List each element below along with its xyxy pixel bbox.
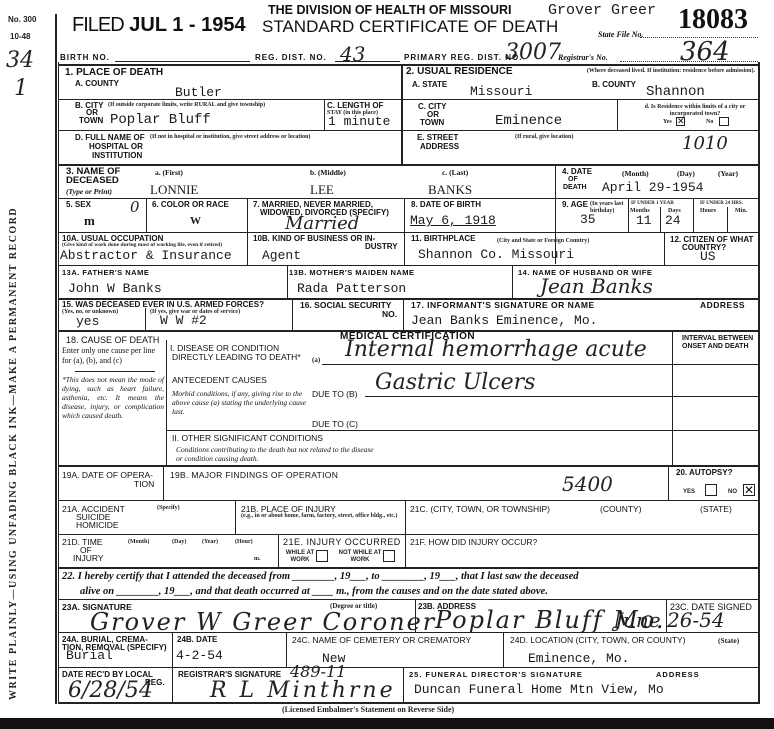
- street-label-2: ADDRESS: [420, 142, 459, 152]
- form-right-border: [758, 62, 760, 704]
- place-of-death-title: 1. PLACE OF DEATH: [65, 68, 163, 78]
- autopsy-no-checkbox[interactable]: ✕: [743, 484, 755, 496]
- interval-label-2: ONSET AND DEATH: [682, 342, 749, 352]
- cause-instructions: Enter only one cause per line for (a), (…: [62, 346, 164, 366]
- under1-label: IF UNDER 1 YEAR: [631, 200, 674, 207]
- dod-day-label: (Day): [677, 169, 695, 178]
- primary-reg-value: 3007: [505, 40, 561, 65]
- side-instruction: WRITE PLAINLY—USING UNFADING BLACK INK—M…: [8, 207, 19, 700]
- street-note: (If rural, give location): [515, 134, 573, 141]
- spouse-value: Jean Banks: [540, 274, 653, 298]
- street-value: 1010: [682, 133, 728, 154]
- embalmer-note: (Licensed Embalmer's Statement on Revers…: [282, 706, 454, 713]
- margin-annotation-2: 1: [14, 76, 28, 101]
- time-hour-label: (Hour): [235, 539, 253, 546]
- form-left-border: [55, 14, 57, 704]
- cause-b-value: Gastric Ulcers: [375, 370, 535, 395]
- injury-state-label: (STATE): [700, 504, 732, 514]
- race-value: W: [190, 214, 201, 228]
- while-work-label: WHILE AT WORK: [284, 550, 316, 564]
- months-value: 11: [636, 214, 652, 228]
- certificate-title: STANDARD CERTIFICATE OF DEATH: [262, 17, 558, 37]
- res-county-label: b. COUNTY: [592, 80, 636, 90]
- birthplace-value: Shannon Co. Missouri: [418, 248, 574, 262]
- min-label: Min.: [735, 208, 747, 215]
- informant-address-value: Eminence, Mo.: [496, 314, 597, 328]
- accident-specify: (Specify): [157, 505, 180, 512]
- res-city-value: Eminence: [495, 114, 562, 128]
- registrar-no-label: Registrar's No.: [558, 53, 608, 62]
- occupation-value: Abstractor & Insurance: [60, 249, 232, 263]
- age-label: 9. AGE: [562, 200, 588, 210]
- while-work-checkbox[interactable]: [316, 550, 328, 562]
- ssn-label: 16. SOCIAL SECURITY: [300, 300, 391, 310]
- citizen-value: US: [700, 250, 716, 264]
- date-of-death-value: April 29-1954: [602, 181, 703, 195]
- war-value: W W #2: [160, 314, 207, 328]
- form-number: No. 300: [8, 16, 36, 23]
- father-value: John W Banks: [68, 282, 162, 296]
- disease-label-2: DIRECTLY LEADING TO DEATH*: [172, 352, 301, 362]
- burial-state-label: (State): [718, 637, 739, 644]
- res-state-value: Missouri: [470, 85, 532, 99]
- within-limits-no-label: No: [706, 119, 713, 126]
- burial-location-label: 24d. LOCATION (City, town, or county): [510, 635, 686, 645]
- form-revision: 10-48: [10, 33, 30, 40]
- last-name-value: BANKS: [428, 183, 472, 197]
- business-value: Agent: [262, 249, 301, 263]
- time-month-label: (Month): [128, 539, 149, 546]
- informant-label: 17. INFORMANT'S SIGNATURE OR NAME: [411, 300, 595, 310]
- filed-label: FILED: [72, 14, 124, 36]
- autopsy-no-label: NO: [728, 489, 737, 496]
- antecedent-label: ANTECEDENT CAUSES: [172, 375, 267, 385]
- dob-value: May 6, 1918: [410, 214, 496, 228]
- funeral-address-label: ADDRESS: [656, 670, 700, 680]
- time-m-label: m.: [254, 556, 261, 563]
- sex-value: m: [84, 214, 95, 228]
- autopsy-yes-checkbox[interactable]: [705, 484, 717, 496]
- under24-label: IF UNDER 24 HRS.: [700, 200, 743, 207]
- death-city-note: (If outside corporate limits, write RURA…: [108, 102, 278, 109]
- certification-line-2: alive on ________, 19___, and that death…: [80, 586, 548, 597]
- antecedent-note: Morbid conditions, if any, giving rise t…: [172, 389, 312, 416]
- within-limits-yes-label: Yes: [663, 119, 672, 126]
- informant-value: Jean Banks: [411, 314, 489, 328]
- scan-edge: [0, 718, 774, 729]
- time-day-label: (Day): [172, 539, 186, 546]
- cause-a-label: (a): [312, 357, 320, 364]
- division-title: THE DIVISION OF HEALTH OF MISSOURI: [268, 3, 512, 17]
- informant-address-label: ADDRESS: [700, 300, 745, 310]
- autopsy-label: 20. AUTOPSY?: [676, 468, 732, 478]
- sex-label: 5. SEX: [66, 200, 91, 210]
- last-name-label: c. (Last): [442, 168, 468, 177]
- first-name-value: LONNIE: [150, 183, 198, 197]
- dod-year-label: (Year): [718, 169, 738, 178]
- cause-footnote: *This does not mean the mode of dying, s…: [62, 375, 164, 420]
- name-label-3: (Type or Print): [66, 187, 112, 196]
- injury-place-note: (e.g., in or about home, farm, factory, …: [241, 513, 411, 520]
- ssn-label-2: NO.: [382, 309, 397, 319]
- op-date-label-2: TION: [134, 479, 154, 489]
- hospital-note: (If not in hospital or institution, give…: [150, 134, 310, 141]
- first-name-label: a. (First): [155, 168, 183, 177]
- dod-month-label: (Month): [622, 169, 649, 178]
- injury-city-label: 21c. (CITY, TOWN, OR TOWNSHIP): [410, 504, 550, 514]
- death-county-value: Butler: [175, 86, 222, 100]
- state-file-label: State File No.: [598, 30, 644, 39]
- hospital-label-3: INSTITUTION: [92, 151, 142, 161]
- burial-date-value: 4-2-54: [176, 649, 223, 663]
- autopsy-yes-label: YES: [683, 489, 695, 496]
- registrar-no-value: 364: [680, 37, 730, 67]
- dod-label-3: DEATH: [563, 183, 587, 193]
- injury-county-label: (COUNTY): [600, 504, 642, 514]
- within-limits-label: d. Is Residence within limits of a city …: [640, 104, 750, 118]
- form-left-border-inner: [58, 62, 59, 704]
- reg-dist-label: REG. DIST. NO.: [255, 53, 327, 63]
- within-limits-yes-checkbox[interactable]: ✕: [676, 117, 685, 126]
- registrar-signature: R L Minthrne: [210, 678, 396, 703]
- race-label: 6. COLOR OR RACE: [152, 200, 229, 210]
- accident-label-3: HOMICIDE: [76, 520, 119, 530]
- stay-value: 1 minute: [328, 115, 390, 129]
- res-city-town: TOWN: [420, 118, 444, 128]
- hours-label: Hours: [700, 208, 716, 215]
- sex-mark: 0: [130, 198, 140, 216]
- days-value: 24: [665, 214, 681, 228]
- burial-date-label: 24b. DATE: [177, 635, 217, 645]
- injury-occurred-label: 21e. INJURY OCCURRED: [283, 537, 401, 547]
- middle-name-label: b. (Middle): [310, 168, 346, 177]
- burial-type-value: Burial: [66, 649, 113, 663]
- not-while-work-label: NOT WHILE AT WORK: [338, 550, 382, 564]
- how-injury-label: 21f. HOW DID INJURY OCCUR?: [410, 537, 537, 547]
- res-state-label: a. STATE: [412, 80, 447, 90]
- op-findings-value: 5400: [562, 472, 613, 496]
- date-received-value: 6/28/54: [68, 678, 153, 703]
- state-file-number: 18083: [678, 4, 748, 36]
- other-conditions-label: II. OTHER SIGNIFICANT CONDITIONS: [172, 433, 323, 443]
- birthplace-note: (City and State or Foreign Country): [497, 238, 589, 245]
- death-county-label: a. COUNTY: [75, 79, 119, 89]
- residence-title: 2. USUAL RESIDENCE: [406, 67, 513, 77]
- filed-date: JUL 1 - 1954: [129, 14, 245, 36]
- certification-line-1: 22. I hereby certify that I attended the…: [62, 571, 579, 582]
- margin-annotation: 34: [6, 48, 34, 73]
- mother-value: Rada Patterson: [297, 282, 406, 296]
- other-conditions-note: Conditions contributing to the death but…: [176, 445, 376, 463]
- cemetery-label: 24c. NAME OF CEMETERY OR CREMATORY: [292, 635, 471, 645]
- business-label: 10b. KIND OF BUSINESS OR IN-: [253, 234, 375, 244]
- age-years-value: 35: [580, 213, 596, 227]
- dob-label: 8. DATE OF BIRTH: [411, 200, 481, 210]
- armed-forces-value: yes: [76, 315, 99, 329]
- middle-name-value: LEE: [310, 183, 334, 197]
- not-while-work-checkbox[interactable]: [383, 550, 395, 562]
- within-limits-no-checkbox[interactable]: [719, 117, 729, 126]
- death-city-value: Poplar Bluff: [110, 113, 211, 127]
- registrar-name-typed: Grover Greer: [548, 4, 656, 18]
- business-label-2: DUSTRY: [365, 242, 398, 252]
- birthplace-label: 11. BIRTHPLACE: [411, 234, 475, 244]
- marital-value: Married: [285, 213, 359, 234]
- time-injury-label-3: INJURY: [73, 553, 104, 563]
- res-county-value: Shannon: [646, 85, 705, 99]
- op-findings-label: 19b. MAJOR FINDINGS OF OPERATION: [170, 470, 338, 480]
- cause-a-value: Internal hemorrhage acute: [345, 337, 647, 362]
- residence-note: (Where deceased lived. If institution: r…: [525, 68, 755, 75]
- funeral-director-value: Duncan Funeral Home Mtn View, Mo: [414, 683, 664, 697]
- time-year-label: (Year): [202, 539, 218, 546]
- death-city-town: TOWN: [79, 116, 103, 126]
- cause-of-death-label: 18. CAUSE OF DEATH: [66, 335, 159, 345]
- reg-dist-value: 43: [340, 42, 365, 66]
- filed-stamp: FILED JUL 1 - 1954: [72, 14, 246, 37]
- date-signed-value: June 26-54: [615, 608, 725, 632]
- father-label: 13a. FATHER'S NAME: [62, 268, 149, 278]
- birth-no-label: BIRTH NO.: [60, 53, 110, 63]
- due-to-c-label-text: DUE TO (c): [312, 419, 358, 429]
- mother-label: 13b. MOTHER'S MAIDEN NAME: [289, 268, 415, 278]
- name-label-2: DECEASED: [66, 176, 119, 186]
- due-to-b-label: DUE TO (b): [312, 389, 358, 399]
- funeral-director-label: 25. FUNERAL DIRECTOR'S SIGNATURE: [409, 670, 583, 680]
- burial-location-value: Eminence, Mo.: [528, 652, 629, 666]
